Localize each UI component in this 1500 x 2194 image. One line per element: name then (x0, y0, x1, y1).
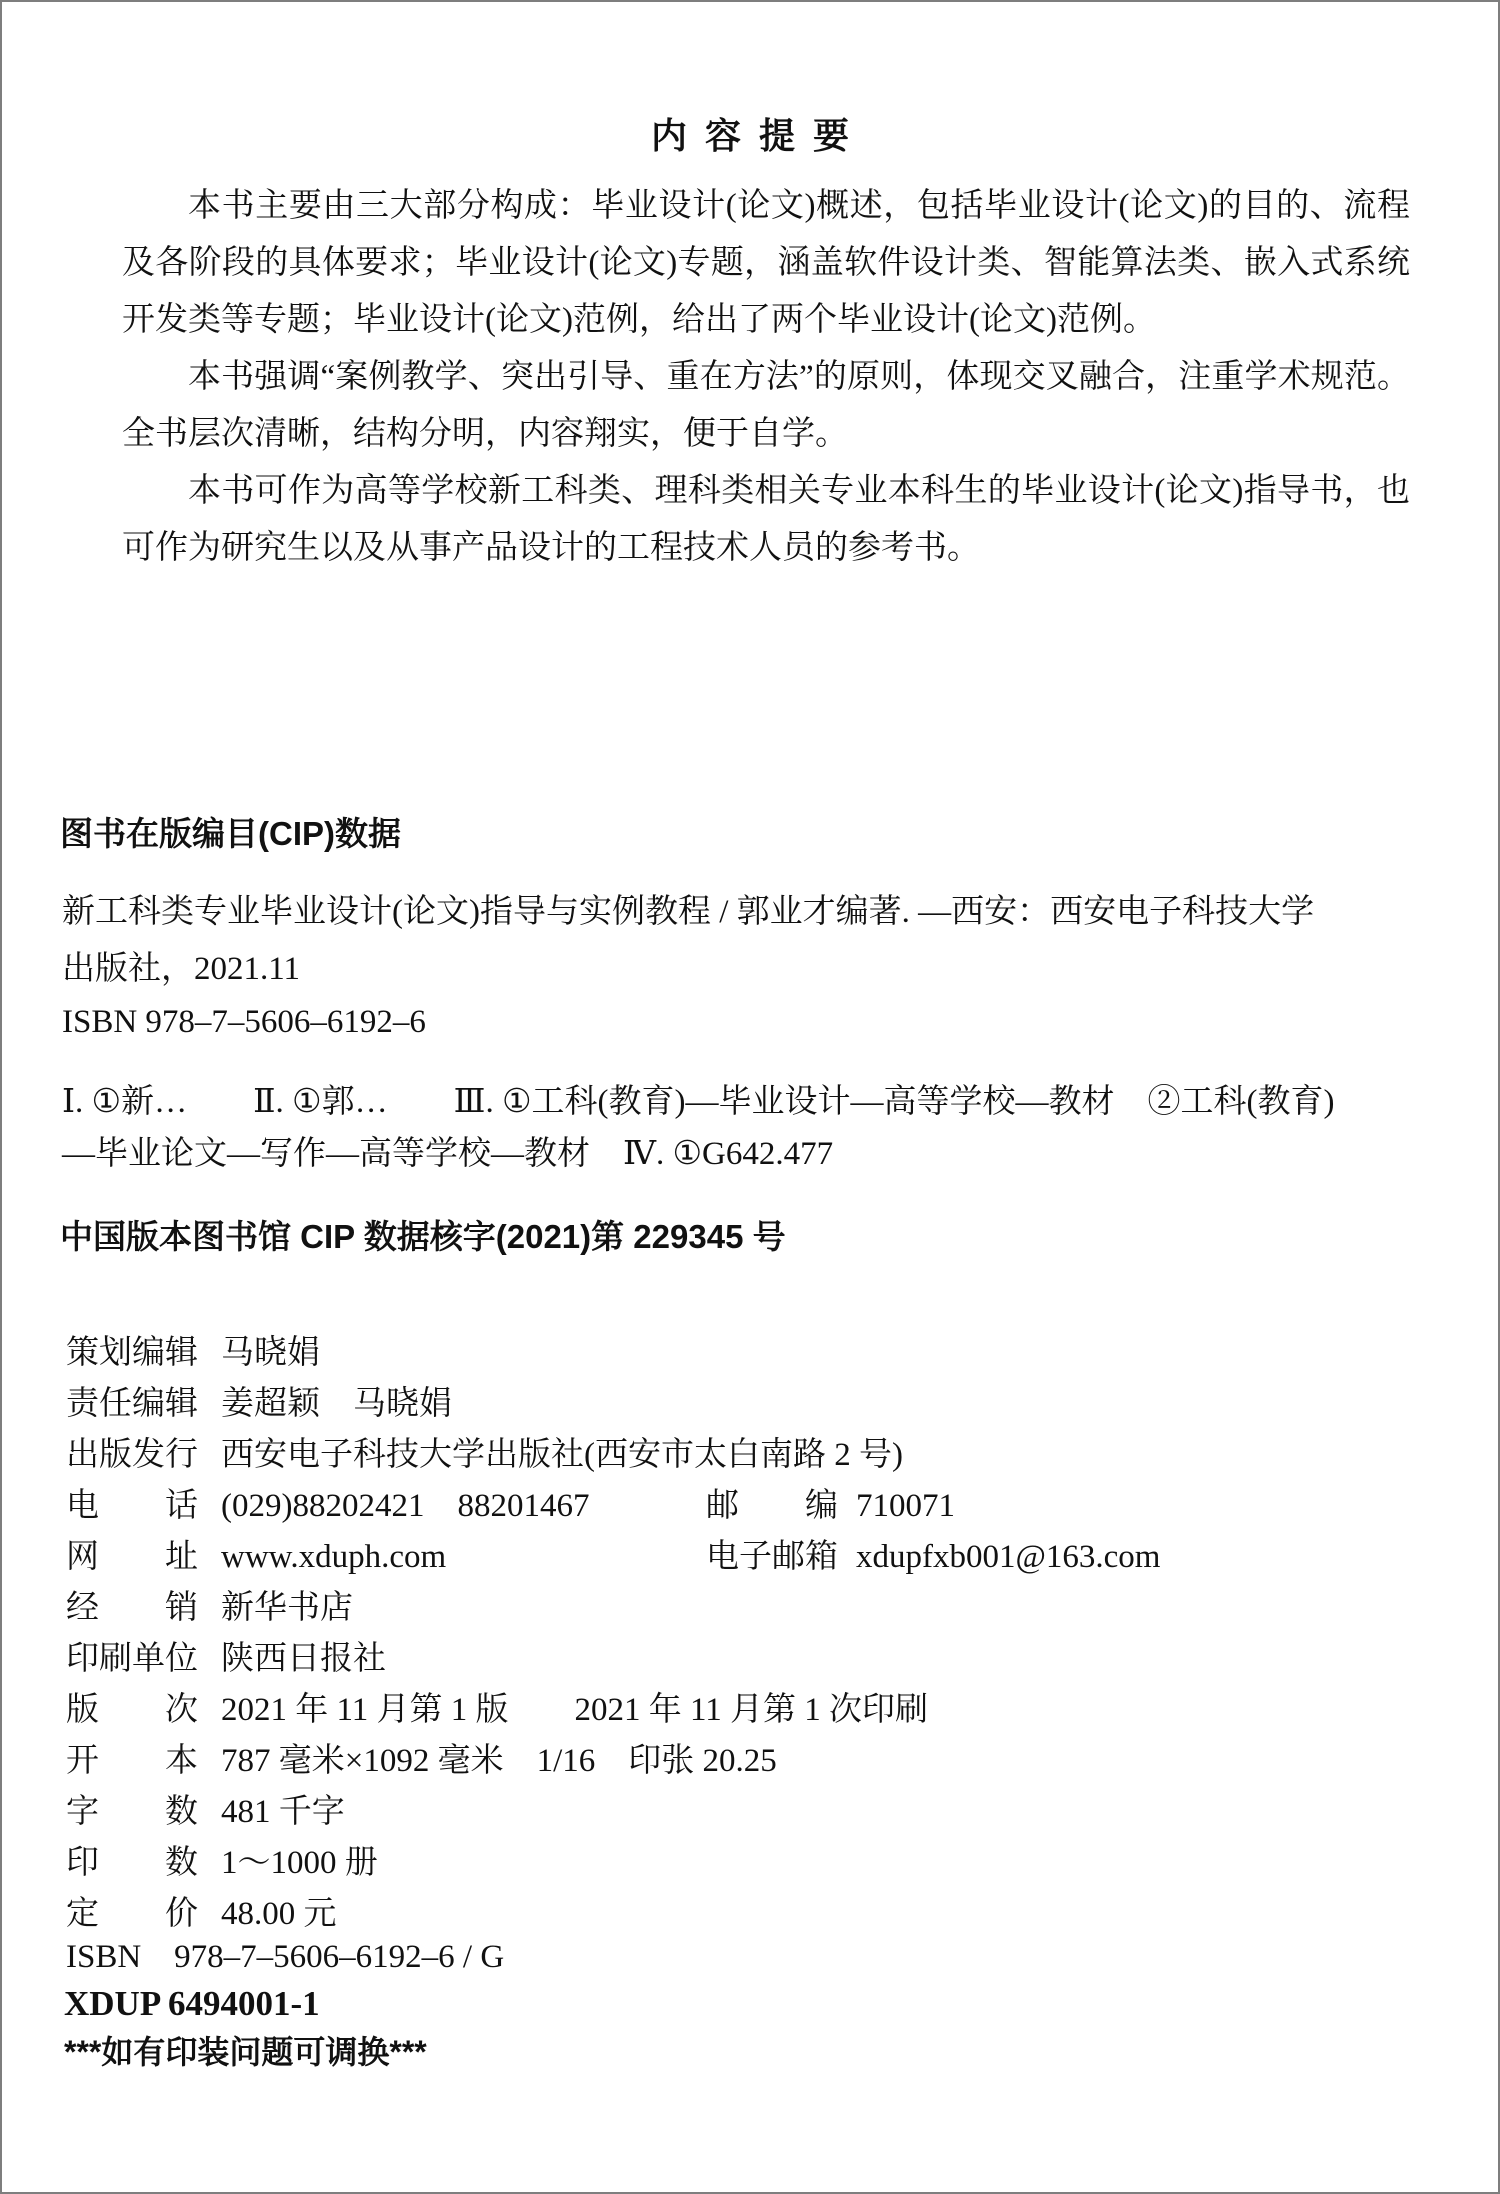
summary-paragraph: 本书主要由三大部分构成：毕业设计(论文)概述，包括毕业设计(论文)的目的、流程及… (122, 178, 1410, 349)
cip-classification-line1: Ⅰ. ①新… Ⅱ. ①郭… Ⅲ. ①工科(教育)—毕业设计—高等学校—教材 ②工… (62, 1082, 1438, 1122)
colophon-row-printer: 印刷单位陕西日报社 (66, 1634, 1438, 1685)
colophon-label: 网址 (66, 1532, 198, 1583)
colophon-value: 陕西日报社 (221, 1641, 386, 1677)
colophon-row-phone: 电话(029)88202421 88201467 邮编710071 (66, 1481, 1438, 1532)
colophon-row-word-count: 字数481 千字 (66, 1787, 1438, 1838)
colophon-value: 48.00 元 (221, 1896, 337, 1932)
colophon: 策划编辑马晓娟 责任编辑姜超颖 马晓娟 出版发行西安电子科技大学出版社(西安市太… (66, 1328, 1438, 1940)
colophon-label: 版次 (66, 1685, 198, 1736)
colophon-label: 字数 (66, 1787, 198, 1838)
content-summary-title: 内 容 提 要 (2, 116, 1498, 156)
cip-title-line1: 新工科类专业毕业设计(论文)指导与实例教程 / 郭业才编著. —西安：西安电子科… (62, 892, 1438, 932)
colophon-label: 责任编辑 (66, 1379, 198, 1430)
colophon-label: 电子邮箱 (706, 1532, 838, 1583)
footer-book-code: XDUP 6494001-1 (64, 1984, 320, 2024)
colophon-row-edition: 版次2021 年 11 月第 1 版 2021 年 11 月第 1 次印刷 (66, 1685, 1438, 1736)
colophon-row-price: 定价48.00 元 (66, 1889, 1438, 1940)
cip-title-line2: 出版社，2021.11 (62, 949, 1438, 989)
colophon-value: 1～1000 册 (221, 1845, 378, 1881)
colophon-label: 开本 (66, 1736, 198, 1787)
cip-record-number: 中国版本图书馆 CIP 数据核字(2021)第 229345 号 (60, 1217, 786, 1257)
colophon-value: 481 千字 (221, 1794, 345, 1830)
colophon-row-print-run: 印数1～1000 册 (66, 1838, 1438, 1889)
colophon-label: 电话 (66, 1481, 198, 1532)
cip-classification-line2: —毕业论文—写作—高等学校—教材 Ⅳ. ①G642.477 (62, 1134, 1438, 1174)
colophon-label: 印数 (66, 1838, 198, 1889)
colophon-label: 定价 (66, 1889, 198, 1940)
colophon-value: 姜超颖 马晓娟 (221, 1386, 452, 1422)
colophon-value: 马晓娟 (221, 1335, 320, 1371)
colophon-second-column: 邮编710071 (706, 1481, 955, 1532)
colophon-row-responsible-editor: 责任编辑姜超颖 马晓娟 (66, 1379, 1438, 1430)
cip-isbn: ISBN 978–7–5606–6192–6 (62, 1002, 1438, 1042)
cip-heading: 图书在版编目(CIP)数据 (60, 814, 401, 854)
colophon-value: 2021 年 11 月第 1 版 2021 年 11 月第 1 次印刷 (221, 1692, 928, 1728)
copyright-page: 内 容 提 要 本书主要由三大部分构成：毕业设计(论文)概述，包括毕业设计(论文… (0, 0, 1500, 2194)
footer-isbn-line: ISBN 978–7–5606–6192–6 / G (66, 1937, 504, 1977)
colophon-label: 出版发行 (66, 1430, 198, 1481)
colophon-label: 邮编 (706, 1481, 838, 1532)
colophon-value: 710071 (856, 1488, 955, 1524)
colophon-row-distributor: 经销新华书店 (66, 1583, 1438, 1634)
colophon-row-format: 开本787 毫米×1092 毫米 1/16 印张 20.25 (66, 1736, 1438, 1787)
colophon-value: 西安电子科技大学出版社(西安市太白南路 2 号) (221, 1437, 903, 1473)
content-summary-body: 本书主要由三大部分构成：毕业设计(论文)概述，包括毕业设计(论文)的目的、流程及… (122, 178, 1410, 577)
colophon-row-planning-editor: 策划编辑马晓娟 (66, 1328, 1438, 1379)
colophon-value: xdupfxb001@163.com (856, 1539, 1160, 1575)
colophon-value: (029)88202421 88201467 (221, 1488, 589, 1524)
colophon-row-website: 网址www.xduph.com 电子邮箱xdupfxb001@163.com (66, 1532, 1438, 1583)
colophon-value: www.xduph.com (221, 1539, 446, 1575)
colophon-second-column: 电子邮箱xdupfxb001@163.com (706, 1532, 1160, 1583)
colophon-value: 新华书店 (221, 1590, 353, 1626)
summary-paragraph: 本书可作为高等学校新工科类、理科类相关专业本科生的毕业设计(论文)指导书，也可作… (122, 463, 1410, 577)
colophon-value: 787 毫米×1092 毫米 1/16 印张 20.25 (221, 1743, 777, 1779)
summary-paragraph: 本书强调“案例教学、突出引导、重在方法”的原则，体现交叉融合，注重学术规范。全书… (122, 349, 1410, 463)
colophon-label: 策划编辑 (66, 1328, 198, 1379)
colophon-label: 经销 (66, 1583, 198, 1634)
footer-exchange-notice: ***如有印装问题可调换*** (64, 2032, 427, 2072)
colophon-label: 印刷单位 (66, 1634, 198, 1685)
colophon-row-publisher: 出版发行西安电子科技大学出版社(西安市太白南路 2 号) (66, 1430, 1438, 1481)
